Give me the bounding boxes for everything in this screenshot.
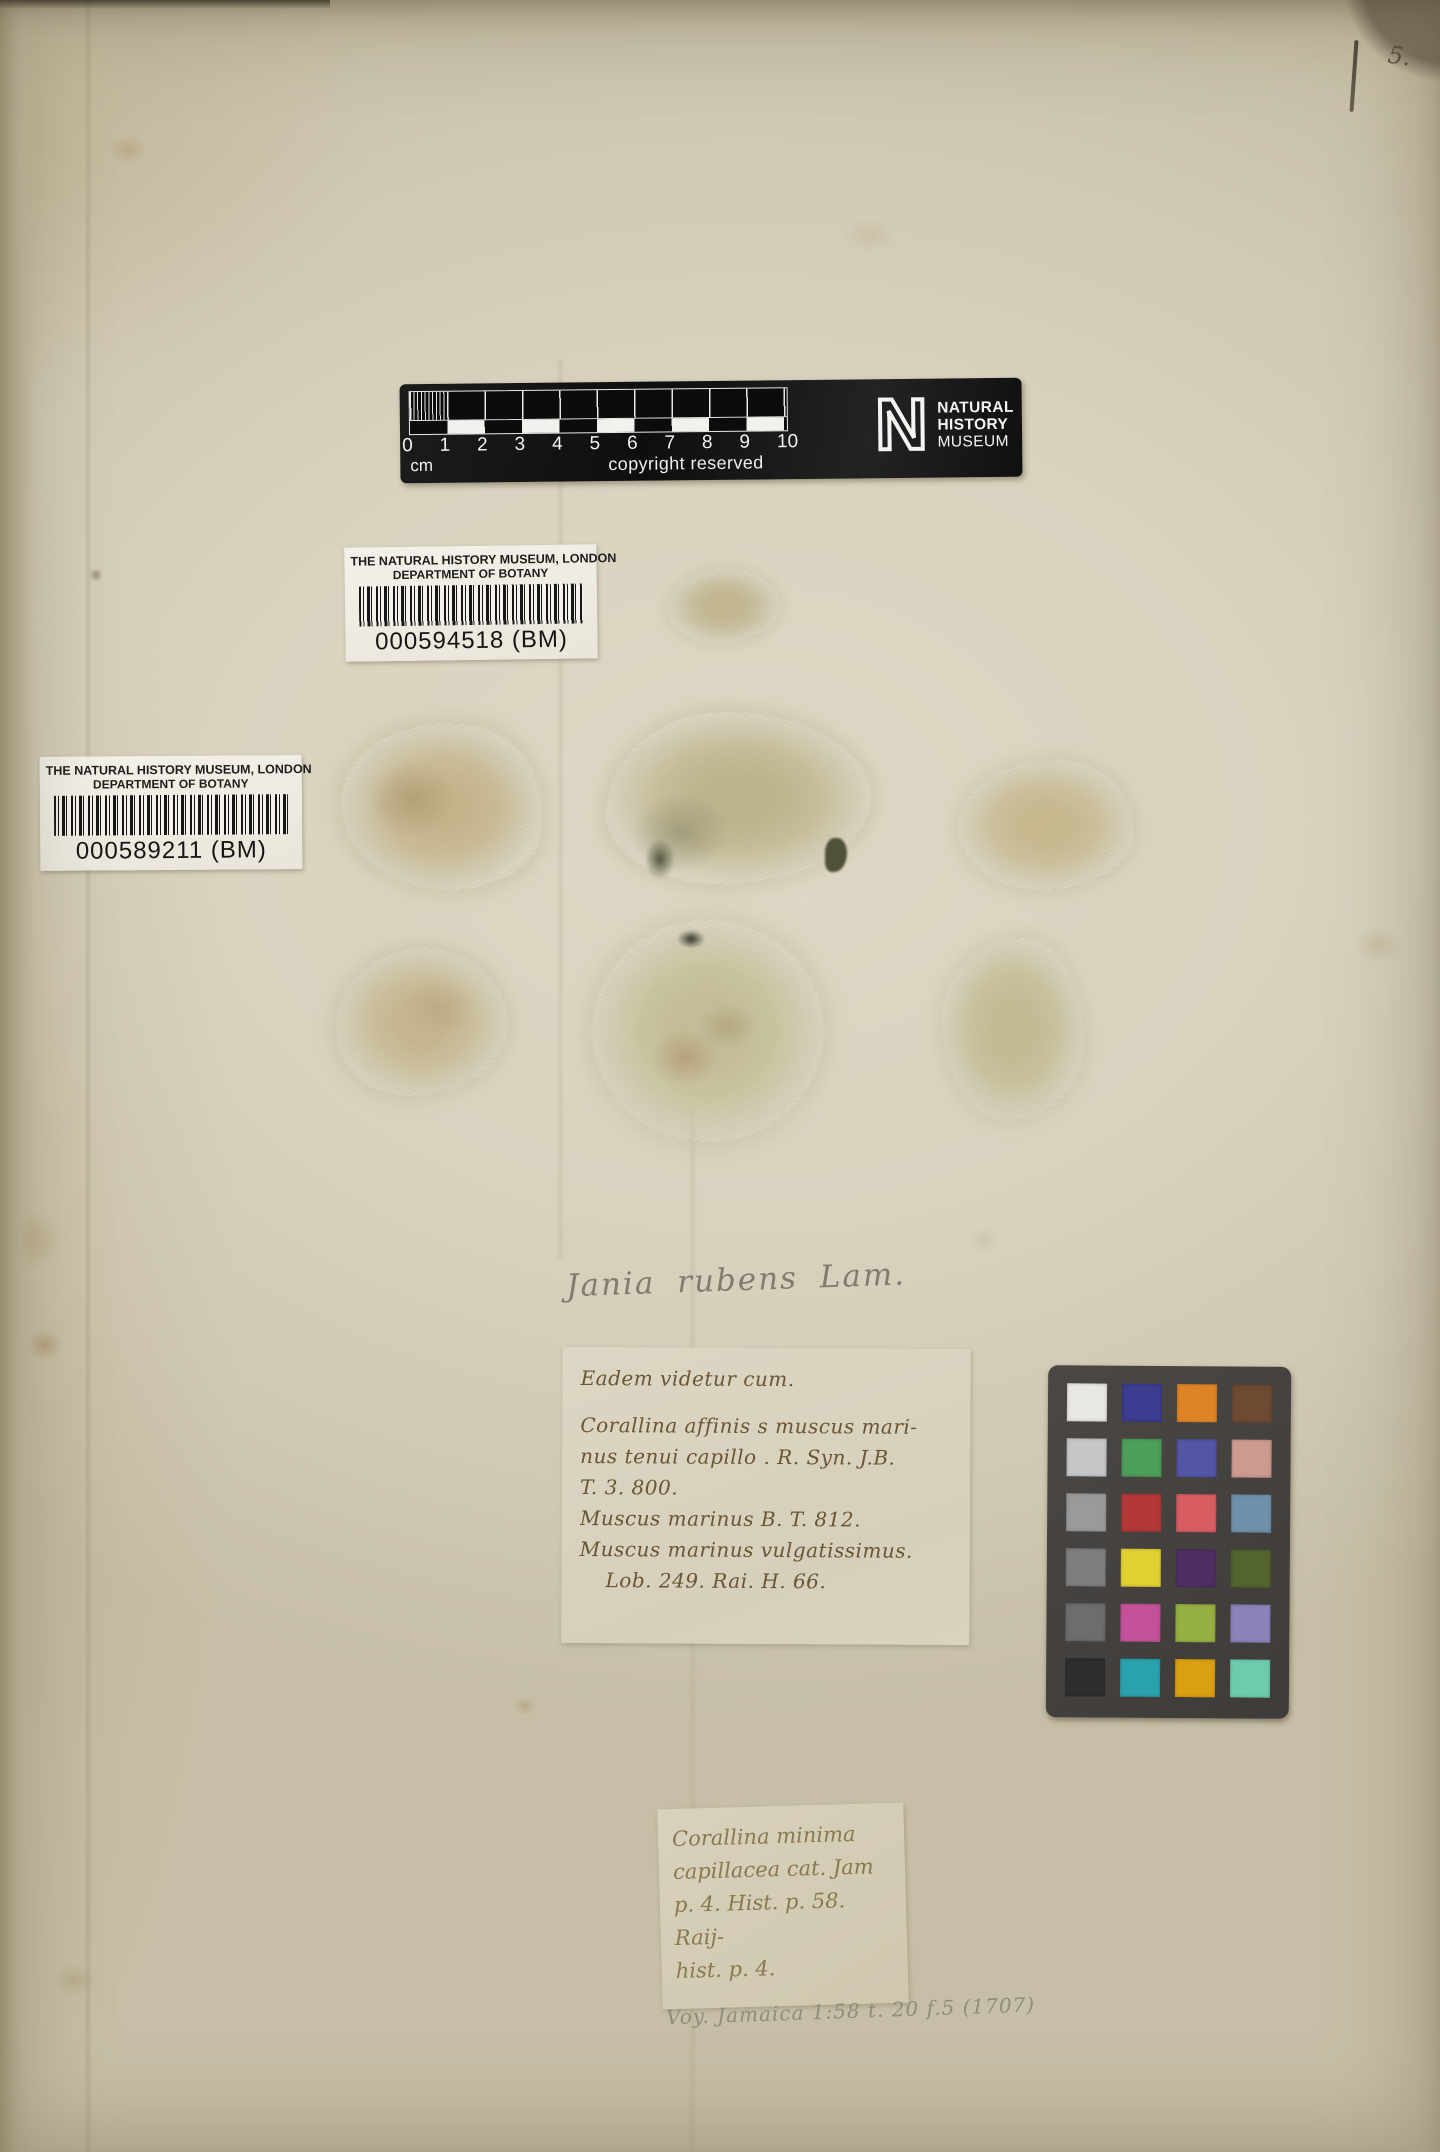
catalogue-label-line: p. 4. Hist. p. 58. Raij- (673, 1883, 893, 1955)
specimen-tuft-1 (668, 568, 780, 644)
specimen-tuft-4 (958, 760, 1134, 890)
nhm-logo-line: MUSEUM (937, 432, 1014, 450)
ink-label-line: Corallina affinis s muscus mari- (580, 1410, 952, 1443)
color-patch-grid (1065, 1383, 1291, 1698)
scale-checker-icon (409, 387, 788, 421)
tick-number: 4 (552, 435, 563, 455)
tick-number: 0 (402, 436, 413, 456)
herbarium-sheet: 5. 012345678910 cm copyright reserved N … (0, 0, 1440, 2152)
millimetre-ticks-icon (410, 392, 447, 420)
tick-number: 6 (627, 434, 638, 454)
institution-name: THE NATURAL HISTORY MUSEUM, LONDON (46, 762, 296, 778)
color-patch (1232, 1384, 1272, 1422)
color-patch (1120, 1659, 1160, 1697)
specimen-tuft-7 (942, 938, 1084, 1120)
ink-label-line: Eadem videtur cum. (581, 1363, 953, 1396)
tick-number: 10 (777, 432, 798, 452)
color-patch (1066, 1493, 1106, 1531)
color-patch (1121, 1549, 1161, 1587)
color-patch (1065, 1658, 1105, 1696)
ink-label-line: Muscus marinus vulgatissimus. (580, 1534, 952, 1567)
color-patch (1176, 1439, 1216, 1477)
specimen-tuft-3 (606, 712, 871, 884)
ink-label-line: Lob. 249. Rai. H. 66. (579, 1565, 951, 1598)
tick-number: 3 (514, 435, 525, 455)
nhm-logo-line: HISTORY (937, 415, 1014, 433)
department-name: DEPARTMENT OF BOTANY (46, 776, 296, 792)
tick-number: 2 (477, 435, 488, 455)
color-patch (1065, 1603, 1105, 1641)
color-patch (1175, 1659, 1215, 1697)
copyright-text: copyright reserved (608, 452, 763, 475)
color-patch (1231, 1439, 1271, 1477)
color-patch (1231, 1549, 1271, 1587)
color-patch (1121, 1494, 1161, 1532)
tick-number: 8 (702, 433, 713, 453)
barcode-icon (359, 583, 584, 626)
specimen-tuft-5 (336, 948, 508, 1096)
paper-crease-left (84, 0, 92, 2152)
nhm-logo-text: NATURAL HISTORY MUSEUM (937, 398, 1014, 450)
page-number-annotation: 5. (1386, 41, 1413, 72)
historic-catalogue-label: Corallina minimacapillacea cat. Jamp. 4.… (657, 1803, 908, 2010)
scale-bar: 012345678910 cm copyright reserved N NAT… (399, 378, 1022, 484)
color-patch (1066, 1438, 1106, 1476)
unit-label: cm (410, 456, 433, 476)
paper-crease-mid (556, 360, 565, 1260)
nhm-logo: N NATURAL HISTORY MUSEUM (871, 386, 1014, 463)
catalogue-label-line: hist. p. 4. (675, 1949, 894, 1988)
barcode-icon (54, 794, 288, 836)
barcode-label-2: THE NATURAL HISTORY MUSEUM, LONDON DEPAR… (40, 755, 303, 871)
ink-label-line: T. 3. 800. (580, 1472, 952, 1505)
ink-mark (1349, 40, 1358, 112)
torn-corner-shadow (1310, 0, 1440, 130)
color-patch (1066, 1548, 1106, 1586)
ink-label-line: nus tenui capillo . R. Syn. J.B. (580, 1441, 952, 1474)
tick-number: 5 (589, 434, 600, 454)
barcode-number: 000589211 (BM) (46, 836, 296, 866)
color-patch (1120, 1604, 1160, 1642)
color-patch (1175, 1604, 1215, 1642)
color-patch (1230, 1659, 1270, 1697)
barcode-label-1: THE NATURAL HISTORY MUSEUM, LONDON DEPAR… (344, 544, 598, 662)
color-patch (1230, 1604, 1270, 1642)
tick-number: 7 (664, 433, 675, 453)
color-patch (1177, 1384, 1217, 1422)
color-patch (1121, 1439, 1161, 1477)
nhm-n-icon: N (871, 387, 932, 464)
historic-ink-label: Eadem videtur cum.Corallina affinis s mu… (561, 1347, 971, 1645)
color-patch (1176, 1549, 1216, 1587)
color-calibration-card (1046, 1365, 1291, 1719)
tick-number: 9 (739, 433, 750, 453)
catalogue-label-line: capillacea cat. Jam (673, 1850, 892, 1889)
color-patch (1067, 1383, 1107, 1421)
binding-edge (0, 0, 36, 2152)
color-patch (1176, 1494, 1216, 1532)
ink-label-line: Muscus marinus B. T. 812. (580, 1503, 952, 1536)
species-determination: Jania rubens Lam. (565, 1256, 926, 1305)
tick-number: 1 (440, 436, 451, 456)
color-patch (1122, 1384, 1162, 1422)
specimen-tuft-6 (592, 920, 824, 1142)
nhm-logo-line: NATURAL (937, 398, 1014, 416)
color-patch (1231, 1494, 1271, 1532)
barcode-number: 000594518 (BM) (351, 625, 591, 656)
scan-edge-shadow (0, 0, 330, 9)
specimen-tuft-2 (342, 724, 542, 890)
